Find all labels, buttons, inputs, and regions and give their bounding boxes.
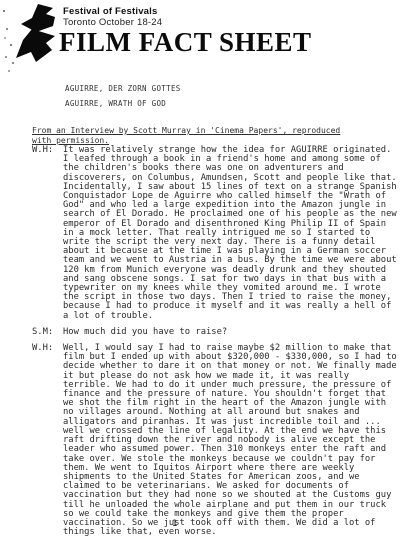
turn-text: Well, I would say I had to raise maybe $… (63, 344, 401, 537)
interview-dialogue: W.H:It was relatively strange how the id… (32, 146, 401, 544)
festival-of-festivals-logo-icon (8, 3, 60, 63)
source-attribution: From an Interview by Scott Murray in 'Ci… (32, 126, 358, 145)
dialogue-turn: W.H:Well, I would say I had to raise may… (32, 344, 401, 537)
film-title-english: AGUIRRE, WRATH OF GOD (65, 99, 166, 108)
speaker-label: W.H: (32, 146, 63, 321)
film-title-original: AGUIRRE, DER ZORN GOTTES (65, 84, 181, 93)
film-fact-sheet-page: Festival of Festivals Toronto October 18… (0, 0, 408, 549)
festival-name: Festival of Festivals (63, 6, 158, 17)
dialogue-turn: W.H:It was relatively strange how the id… (32, 146, 401, 321)
page-number: 1 (172, 519, 177, 529)
scan-noise (3, 10, 5, 12)
speaker-label: S.M: (32, 328, 63, 337)
speaker-label: W.H: (32, 344, 63, 537)
page-title: FILM FACT SHEET (59, 29, 312, 56)
dialogue-turn: S.M:How much did you have to raise? (32, 328, 401, 337)
turn-text: How much did you have to raise? (63, 328, 401, 337)
turn-text: It was relatively strange how the idea f… (63, 146, 401, 321)
